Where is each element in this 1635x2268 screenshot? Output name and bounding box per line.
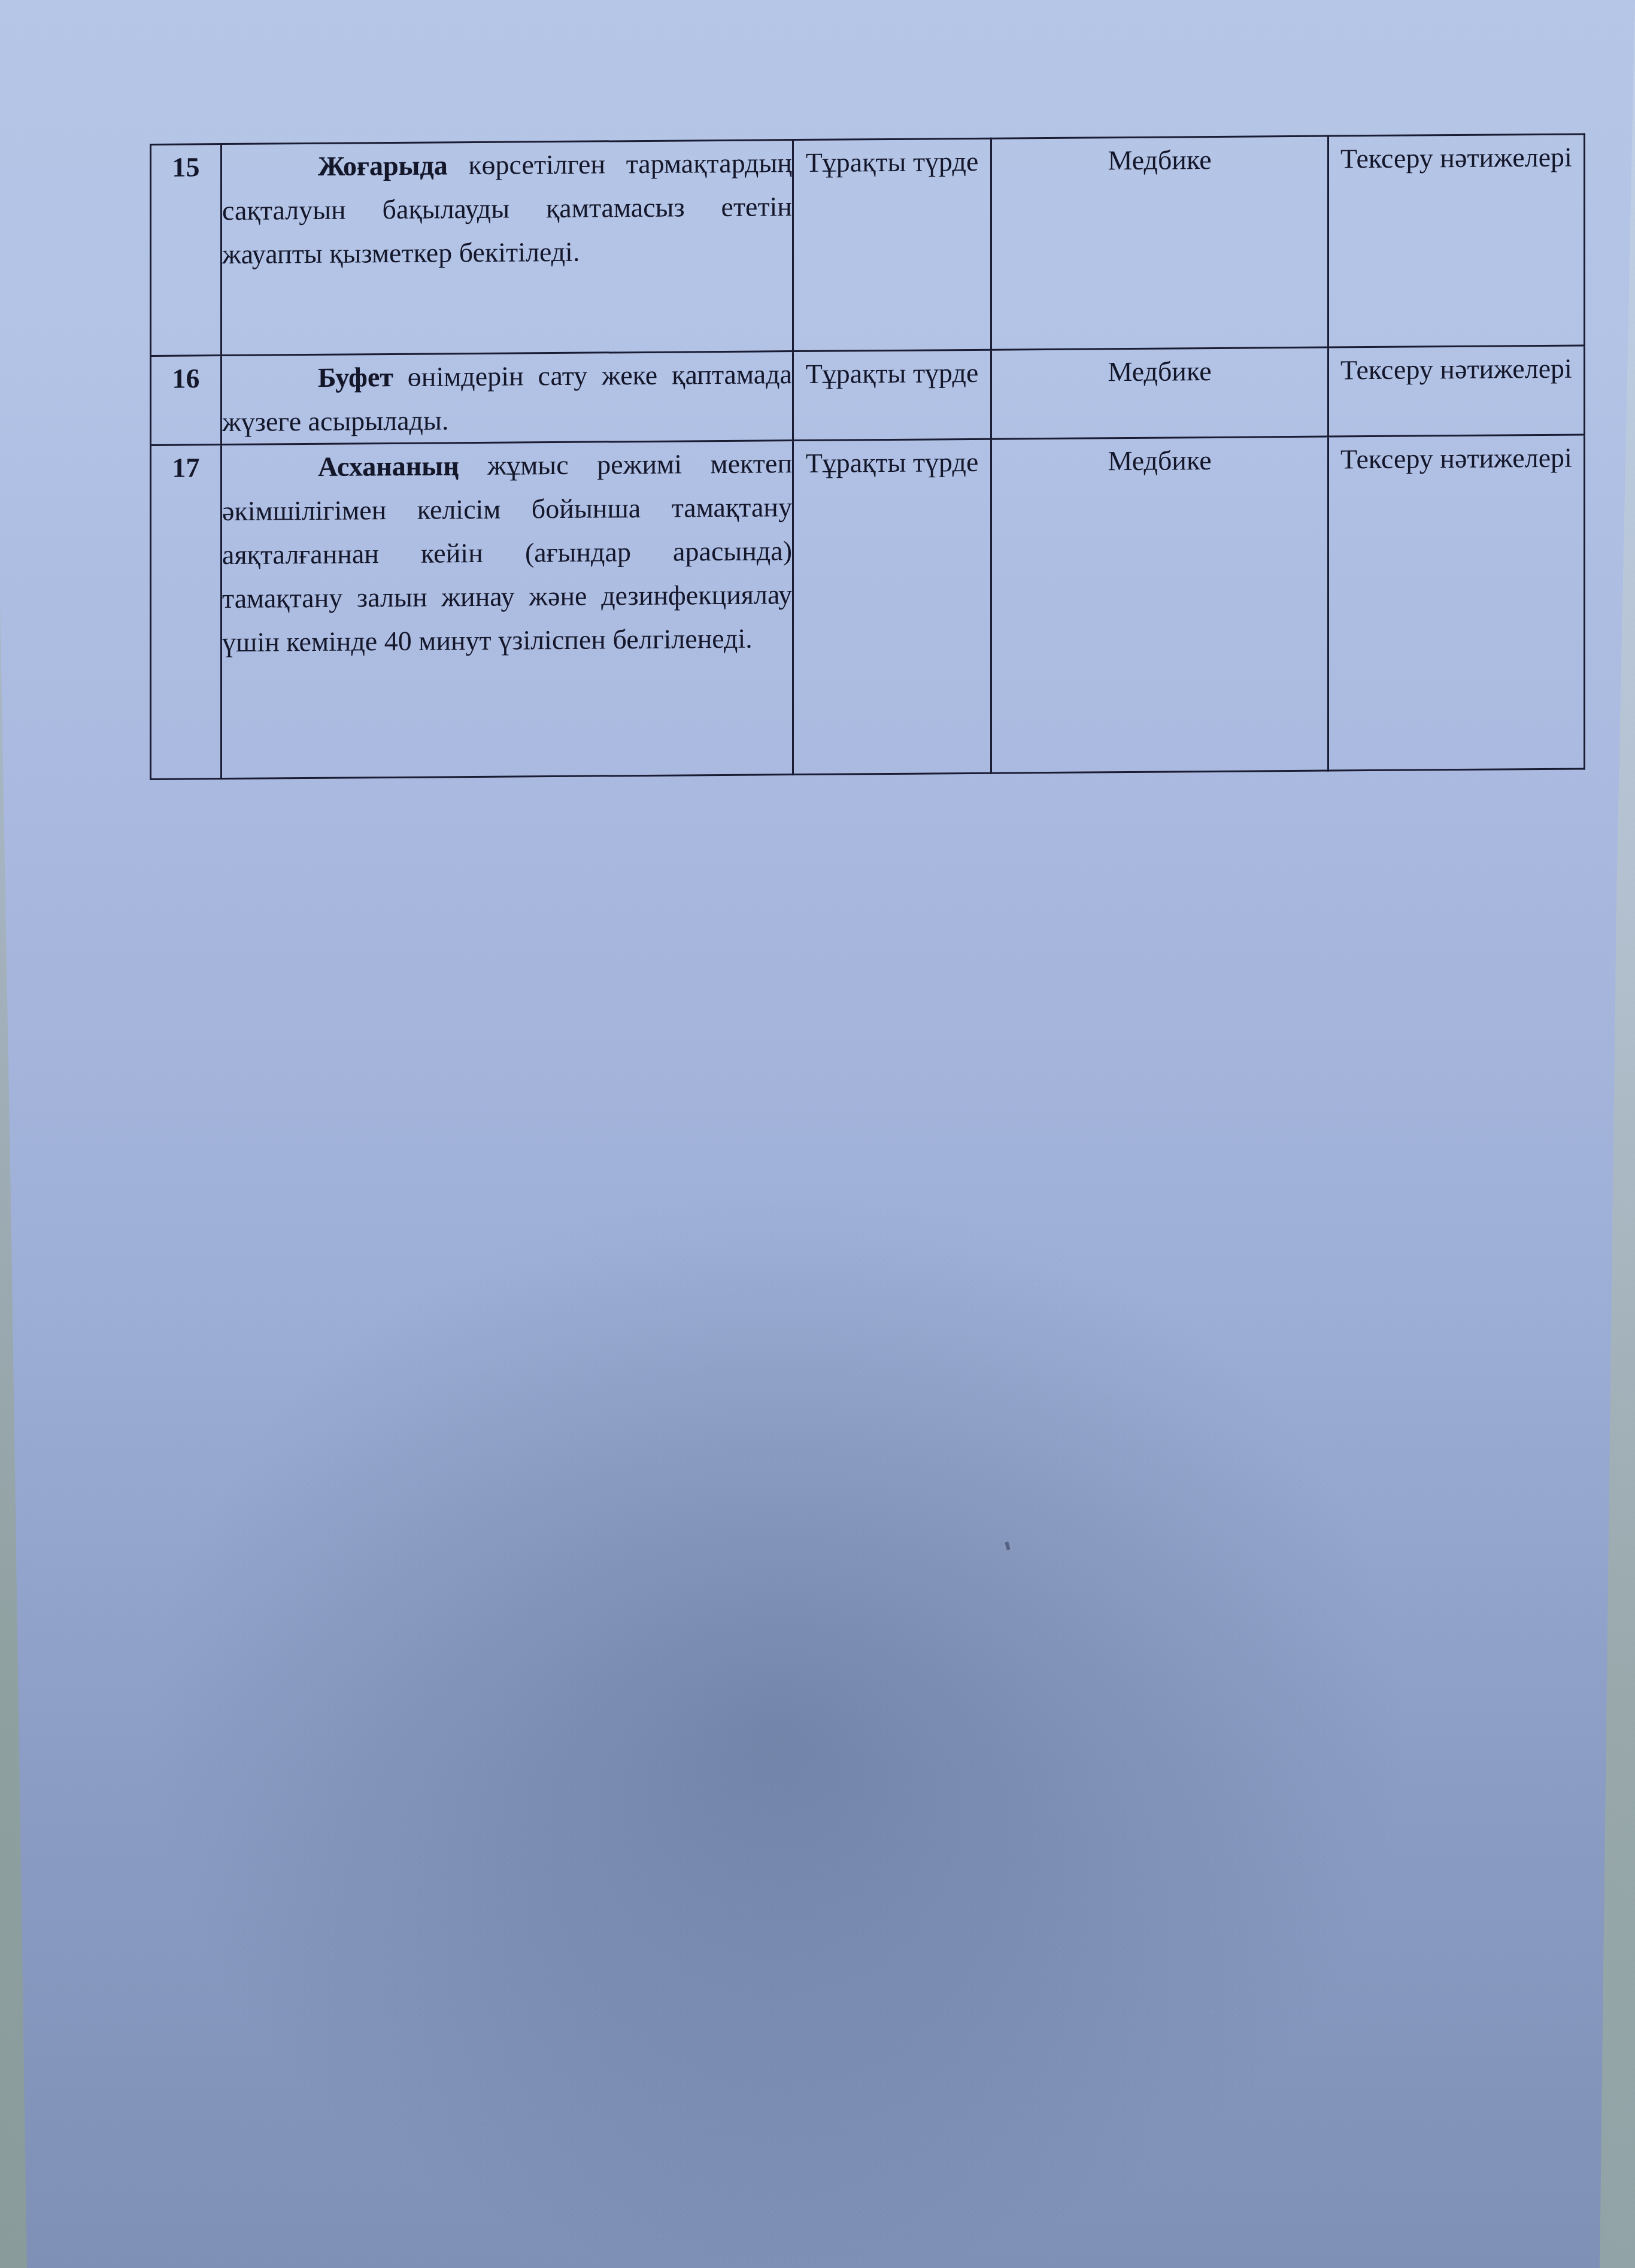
requirement-body: көрсетілген тармақтардың сақталуын бақыл… <box>222 147 792 269</box>
requirement-text: Асхананың жұмыс режимі мектеп әкімшілігі… <box>222 441 793 779</box>
frequency-cell: Тұрақты түрде <box>793 439 991 774</box>
requirement-lead-word: Жоғарыда <box>318 150 448 181</box>
result-cell: Тексеру нәтижелері <box>1328 435 1585 771</box>
result-cell: Тексеру нәтижелері <box>1328 134 1585 347</box>
paragraph-indent <box>222 387 318 387</box>
requirement-lead-word: Буфет <box>318 362 393 393</box>
frequency-cell: Тұрақты түрде <box>793 138 991 351</box>
row-number: 17 <box>151 445 222 780</box>
requirement-body: жұмыс режимі мектеп әкімшілігімен келісі… <box>222 448 792 657</box>
table-row: 15 Жоғарыда көрсетілген тармақтардың сақ… <box>151 134 1585 356</box>
document-table-container: 15 Жоғарыда көрсетілген тармақтардың сақ… <box>150 134 1578 780</box>
responsible-cell: Медбике <box>991 136 1328 350</box>
paragraph-indent <box>222 476 318 477</box>
table-row: 17 Асхананың жұмыс режимі мектеп әкімшіл… <box>151 435 1585 780</box>
paragraph-indent <box>222 175 318 176</box>
requirements-table: 15 Жоғарыда көрсетілген тармақтардың сақ… <box>150 133 1585 780</box>
responsible-cell: Медбике <box>991 347 1328 439</box>
responsible-cell: Медбике <box>991 436 1328 773</box>
requirement-text: Жоғарыда көрсетілген тармақтардың сақтал… <box>222 140 793 356</box>
requirement-body: өнімдерін сату жеке қаптамада жүзеге асы… <box>222 359 792 437</box>
requirement-lead-word: Асхананың <box>318 450 459 482</box>
result-cell: Тексеру нәтижелері <box>1328 345 1585 436</box>
requirement-text: Буфет өнімдерін сату жеке қаптамада жүзе… <box>222 351 793 445</box>
row-number: 16 <box>151 356 222 445</box>
frequency-cell: Тұрақты түрде <box>793 350 991 440</box>
row-number: 15 <box>151 144 222 356</box>
table-row: 16 Буфет өнімдерін сату жеке қаптамада ж… <box>151 345 1585 445</box>
